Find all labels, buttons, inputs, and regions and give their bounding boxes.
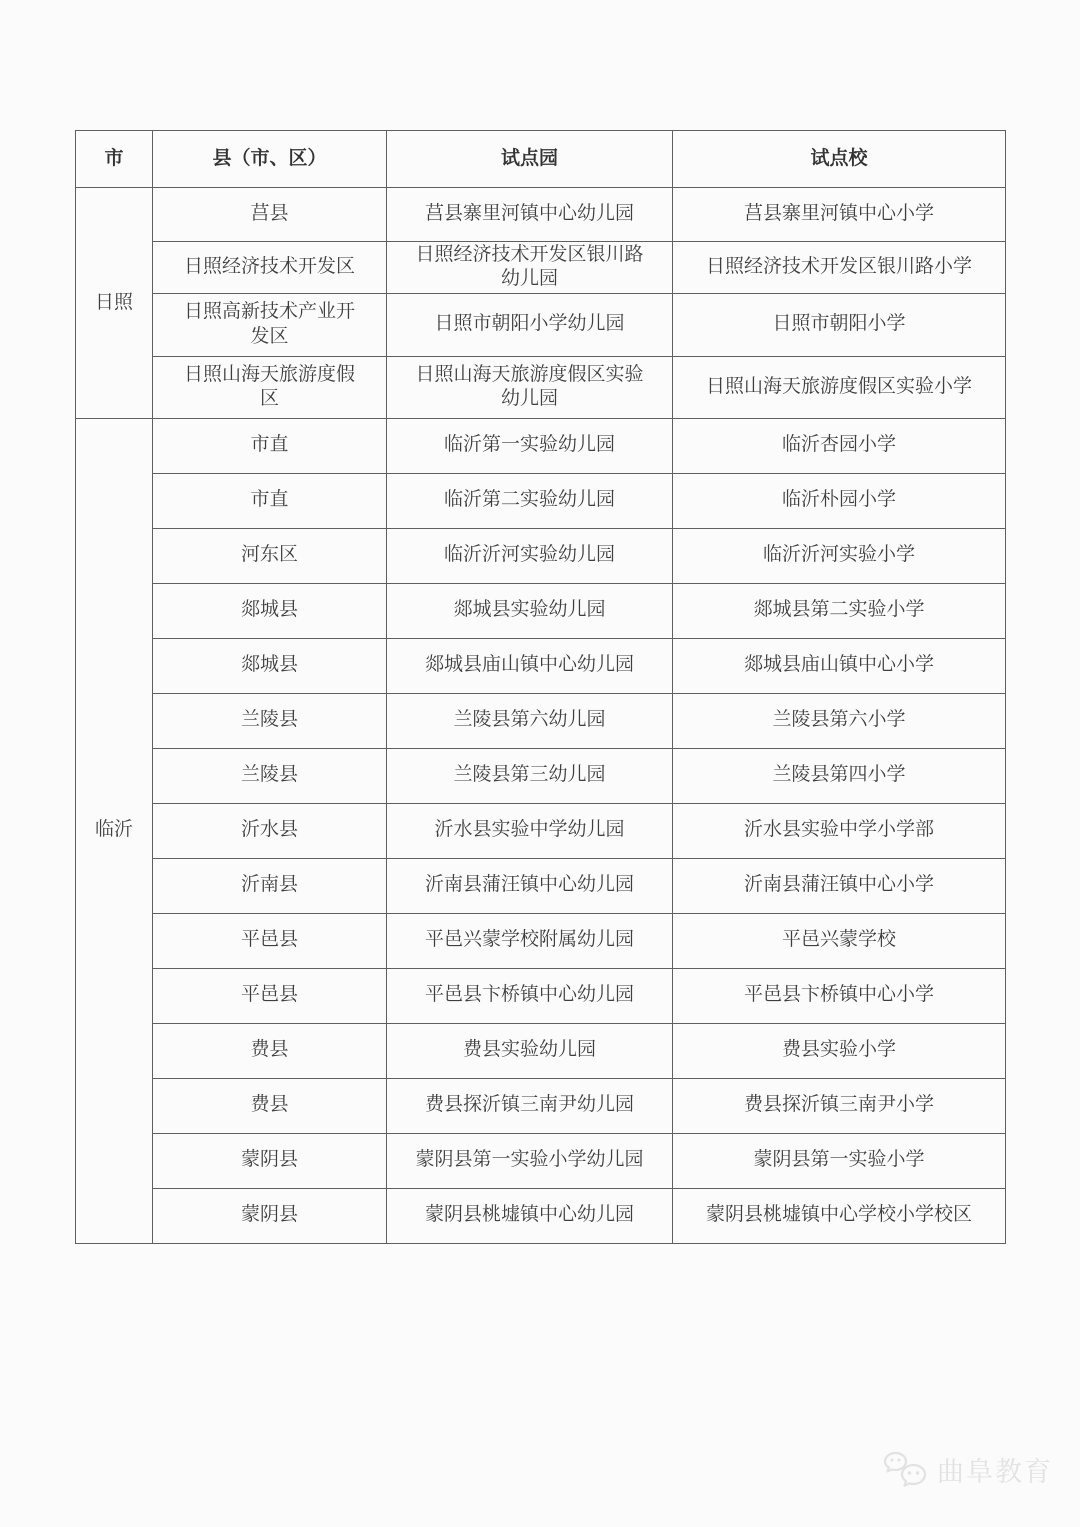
table-row: 日照山海天旅游度假区 日照山海天旅游度假区实验幼儿园 日照山海天旅游度假区实验小… — [76, 356, 1006, 418]
city-cell-linyi: 临沂 — [76, 418, 153, 1243]
school-cell: 费县实验小学 — [673, 1023, 1006, 1078]
table-row: 沂水县 沂水县实验中学幼儿园 沂水县实验中学小学部 — [76, 803, 1006, 858]
watermark-label: 曲阜教育 — [937, 1450, 1053, 1489]
county-cell: 蒙阴县 — [153, 1188, 387, 1243]
county-cell: 兰陵县 — [153, 693, 387, 748]
school-cell: 日照经济技术开发区银川路小学 — [673, 242, 1006, 294]
kindergarten-cell: 临沂第二实验幼儿园 — [387, 473, 673, 528]
school-cell: 沂南县蒲汪镇中心小学 — [673, 858, 1006, 913]
table-row: 兰陵县 兰陵县第六幼儿园 兰陵县第六小学 — [76, 693, 1006, 748]
county-cell: 河东区 — [153, 528, 387, 583]
school-cell: 郯城县庙山镇中心小学 — [673, 638, 1006, 693]
kindergarten-cell: 沂水县实验中学幼儿园 — [387, 803, 673, 858]
kindergarten-cell: 兰陵县第六幼儿园 — [387, 693, 673, 748]
table-row: 临沂 市直 临沂第一实验幼儿园 临沂杏园小学 — [76, 418, 1006, 473]
county-cell: 郯城县 — [153, 638, 387, 693]
table-row: 蒙阴县 蒙阴县第一实验小学幼儿园 蒙阴县第一实验小学 — [76, 1133, 1006, 1188]
city-cell-rizhao: 日照 — [76, 188, 153, 419]
kindergarten-cell: 郯城县庙山镇中心幼儿园 — [387, 638, 673, 693]
kindergarten-cell: 蒙阴县桃墟镇中心幼儿园 — [387, 1188, 673, 1243]
school-cell: 日照山海天旅游度假区实验小学 — [673, 356, 1006, 418]
table-row: 平邑县 平邑县卞桥镇中心幼儿园 平邑县卞桥镇中心小学 — [76, 968, 1006, 1023]
county-cell: 平邑县 — [153, 913, 387, 968]
school-cell: 费县探沂镇三南尹小学 — [673, 1078, 1006, 1133]
school-cell: 兰陵县第四小学 — [673, 748, 1006, 803]
kindergarten-cell: 日照经济技术开发区银川路幼儿园 — [387, 242, 673, 294]
kindergarten-cell: 郯城县实验幼儿园 — [387, 583, 673, 638]
county-cell: 费县 — [153, 1078, 387, 1133]
document-page: 市 县（市、区） 试点园 试点校 日照 莒县 莒县寨里河镇中心幼儿园 莒县寨里河… — [0, 0, 1080, 1527]
kindergarten-cell: 临沂第一实验幼儿园 — [387, 418, 673, 473]
county-cell: 市直 — [153, 418, 387, 473]
county-cell: 市直 — [153, 473, 387, 528]
watermark: 曲阜教育 — [882, 1448, 1053, 1490]
pilot-programs-table: 市 县（市、区） 试点园 试点校 日照 莒县 莒县寨里河镇中心幼儿园 莒县寨里河… — [75, 130, 1006, 1244]
county-cell: 郯城县 — [153, 583, 387, 638]
table-row: 平邑县 平邑兴蒙学校附属幼儿园 平邑兴蒙学校 — [76, 913, 1006, 968]
kindergarten-cell: 日照山海天旅游度假区实验幼儿园 — [387, 356, 673, 418]
kindergarten-cell: 兰陵县第三幼儿园 — [387, 748, 673, 803]
school-cell: 沂水县实验中学小学部 — [673, 803, 1006, 858]
school-cell: 平邑兴蒙学校 — [673, 913, 1006, 968]
kindergarten-cell: 平邑兴蒙学校附属幼儿园 — [387, 913, 673, 968]
county-cell: 沂南县 — [153, 858, 387, 913]
county-cell: 平邑县 — [153, 968, 387, 1023]
table-row: 蒙阴县 蒙阴县桃墟镇中心幼儿园 蒙阴县桃墟镇中心学校小学校区 — [76, 1188, 1006, 1243]
table-row: 河东区 临沂沂河实验幼儿园 临沂沂河实验小学 — [76, 528, 1006, 583]
header-pilot-kindergarten: 试点园 — [387, 131, 673, 188]
wechat-icon — [882, 1449, 928, 1489]
table-row: 兰陵县 兰陵县第三幼儿园 兰陵县第四小学 — [76, 748, 1006, 803]
kindergarten-cell: 沂南县蒲汪镇中心幼儿园 — [387, 858, 673, 913]
county-cell: 日照高新技术产业开发区 — [153, 293, 387, 356]
table-row: 日照经济技术开发区 日照经济技术开发区银川路幼儿园 日照经济技术开发区银川路小学 — [76, 242, 1006, 294]
school-cell: 临沂杏园小学 — [673, 418, 1006, 473]
kindergarten-cell: 蒙阴县第一实验小学幼儿园 — [387, 1133, 673, 1188]
county-cell: 蒙阴县 — [153, 1133, 387, 1188]
kindergarten-cell: 费县实验幼儿园 — [387, 1023, 673, 1078]
kindergarten-cell: 莒县寨里河镇中心幼儿园 — [387, 188, 673, 242]
school-cell: 临沂朴园小学 — [673, 473, 1006, 528]
kindergarten-cell: 日照市朝阳小学幼儿园 — [387, 293, 673, 356]
county-cell: 日照经济技术开发区 — [153, 242, 387, 294]
table-row: 郯城县 郯城县实验幼儿园 郯城县第二实验小学 — [76, 583, 1006, 638]
school-cell: 郯城县第二实验小学 — [673, 583, 1006, 638]
table-row: 沂南县 沂南县蒲汪镇中心幼儿园 沂南县蒲汪镇中心小学 — [76, 858, 1006, 913]
table-row: 日照高新技术产业开发区 日照市朝阳小学幼儿园 日照市朝阳小学 — [76, 293, 1006, 356]
county-cell: 日照山海天旅游度假区 — [153, 356, 387, 418]
school-cell: 临沂沂河实验小学 — [673, 528, 1006, 583]
county-cell: 费县 — [153, 1023, 387, 1078]
county-cell: 莒县 — [153, 188, 387, 242]
table-row: 日照 莒县 莒县寨里河镇中心幼儿园 莒县寨里河镇中心小学 — [76, 188, 1006, 242]
school-cell: 莒县寨里河镇中心小学 — [673, 188, 1006, 242]
county-cell: 兰陵县 — [153, 748, 387, 803]
school-cell: 蒙阴县桃墟镇中心学校小学校区 — [673, 1188, 1006, 1243]
table-row: 市直 临沂第二实验幼儿园 临沂朴园小学 — [76, 473, 1006, 528]
school-cell: 蒙阴县第一实验小学 — [673, 1133, 1006, 1188]
header-pilot-school: 试点校 — [673, 131, 1006, 188]
table-header-row: 市 县（市、区） 试点园 试点校 — [76, 131, 1006, 188]
header-city: 市 — [76, 131, 153, 188]
kindergarten-cell: 临沂沂河实验幼儿园 — [387, 528, 673, 583]
table-row: 郯城县 郯城县庙山镇中心幼儿园 郯城县庙山镇中心小学 — [76, 638, 1006, 693]
county-cell: 沂水县 — [153, 803, 387, 858]
school-cell: 日照市朝阳小学 — [673, 293, 1006, 356]
table-row: 费县 费县实验幼儿园 费县实验小学 — [76, 1023, 1006, 1078]
kindergarten-cell: 平邑县卞桥镇中心幼儿园 — [387, 968, 673, 1023]
kindergarten-cell: 费县探沂镇三南尹幼儿园 — [387, 1078, 673, 1133]
school-cell: 平邑县卞桥镇中心小学 — [673, 968, 1006, 1023]
table-row: 费县 费县探沂镇三南尹幼儿园 费县探沂镇三南尹小学 — [76, 1078, 1006, 1133]
header-county: 县（市、区） — [153, 131, 387, 188]
school-cell: 兰陵县第六小学 — [673, 693, 1006, 748]
